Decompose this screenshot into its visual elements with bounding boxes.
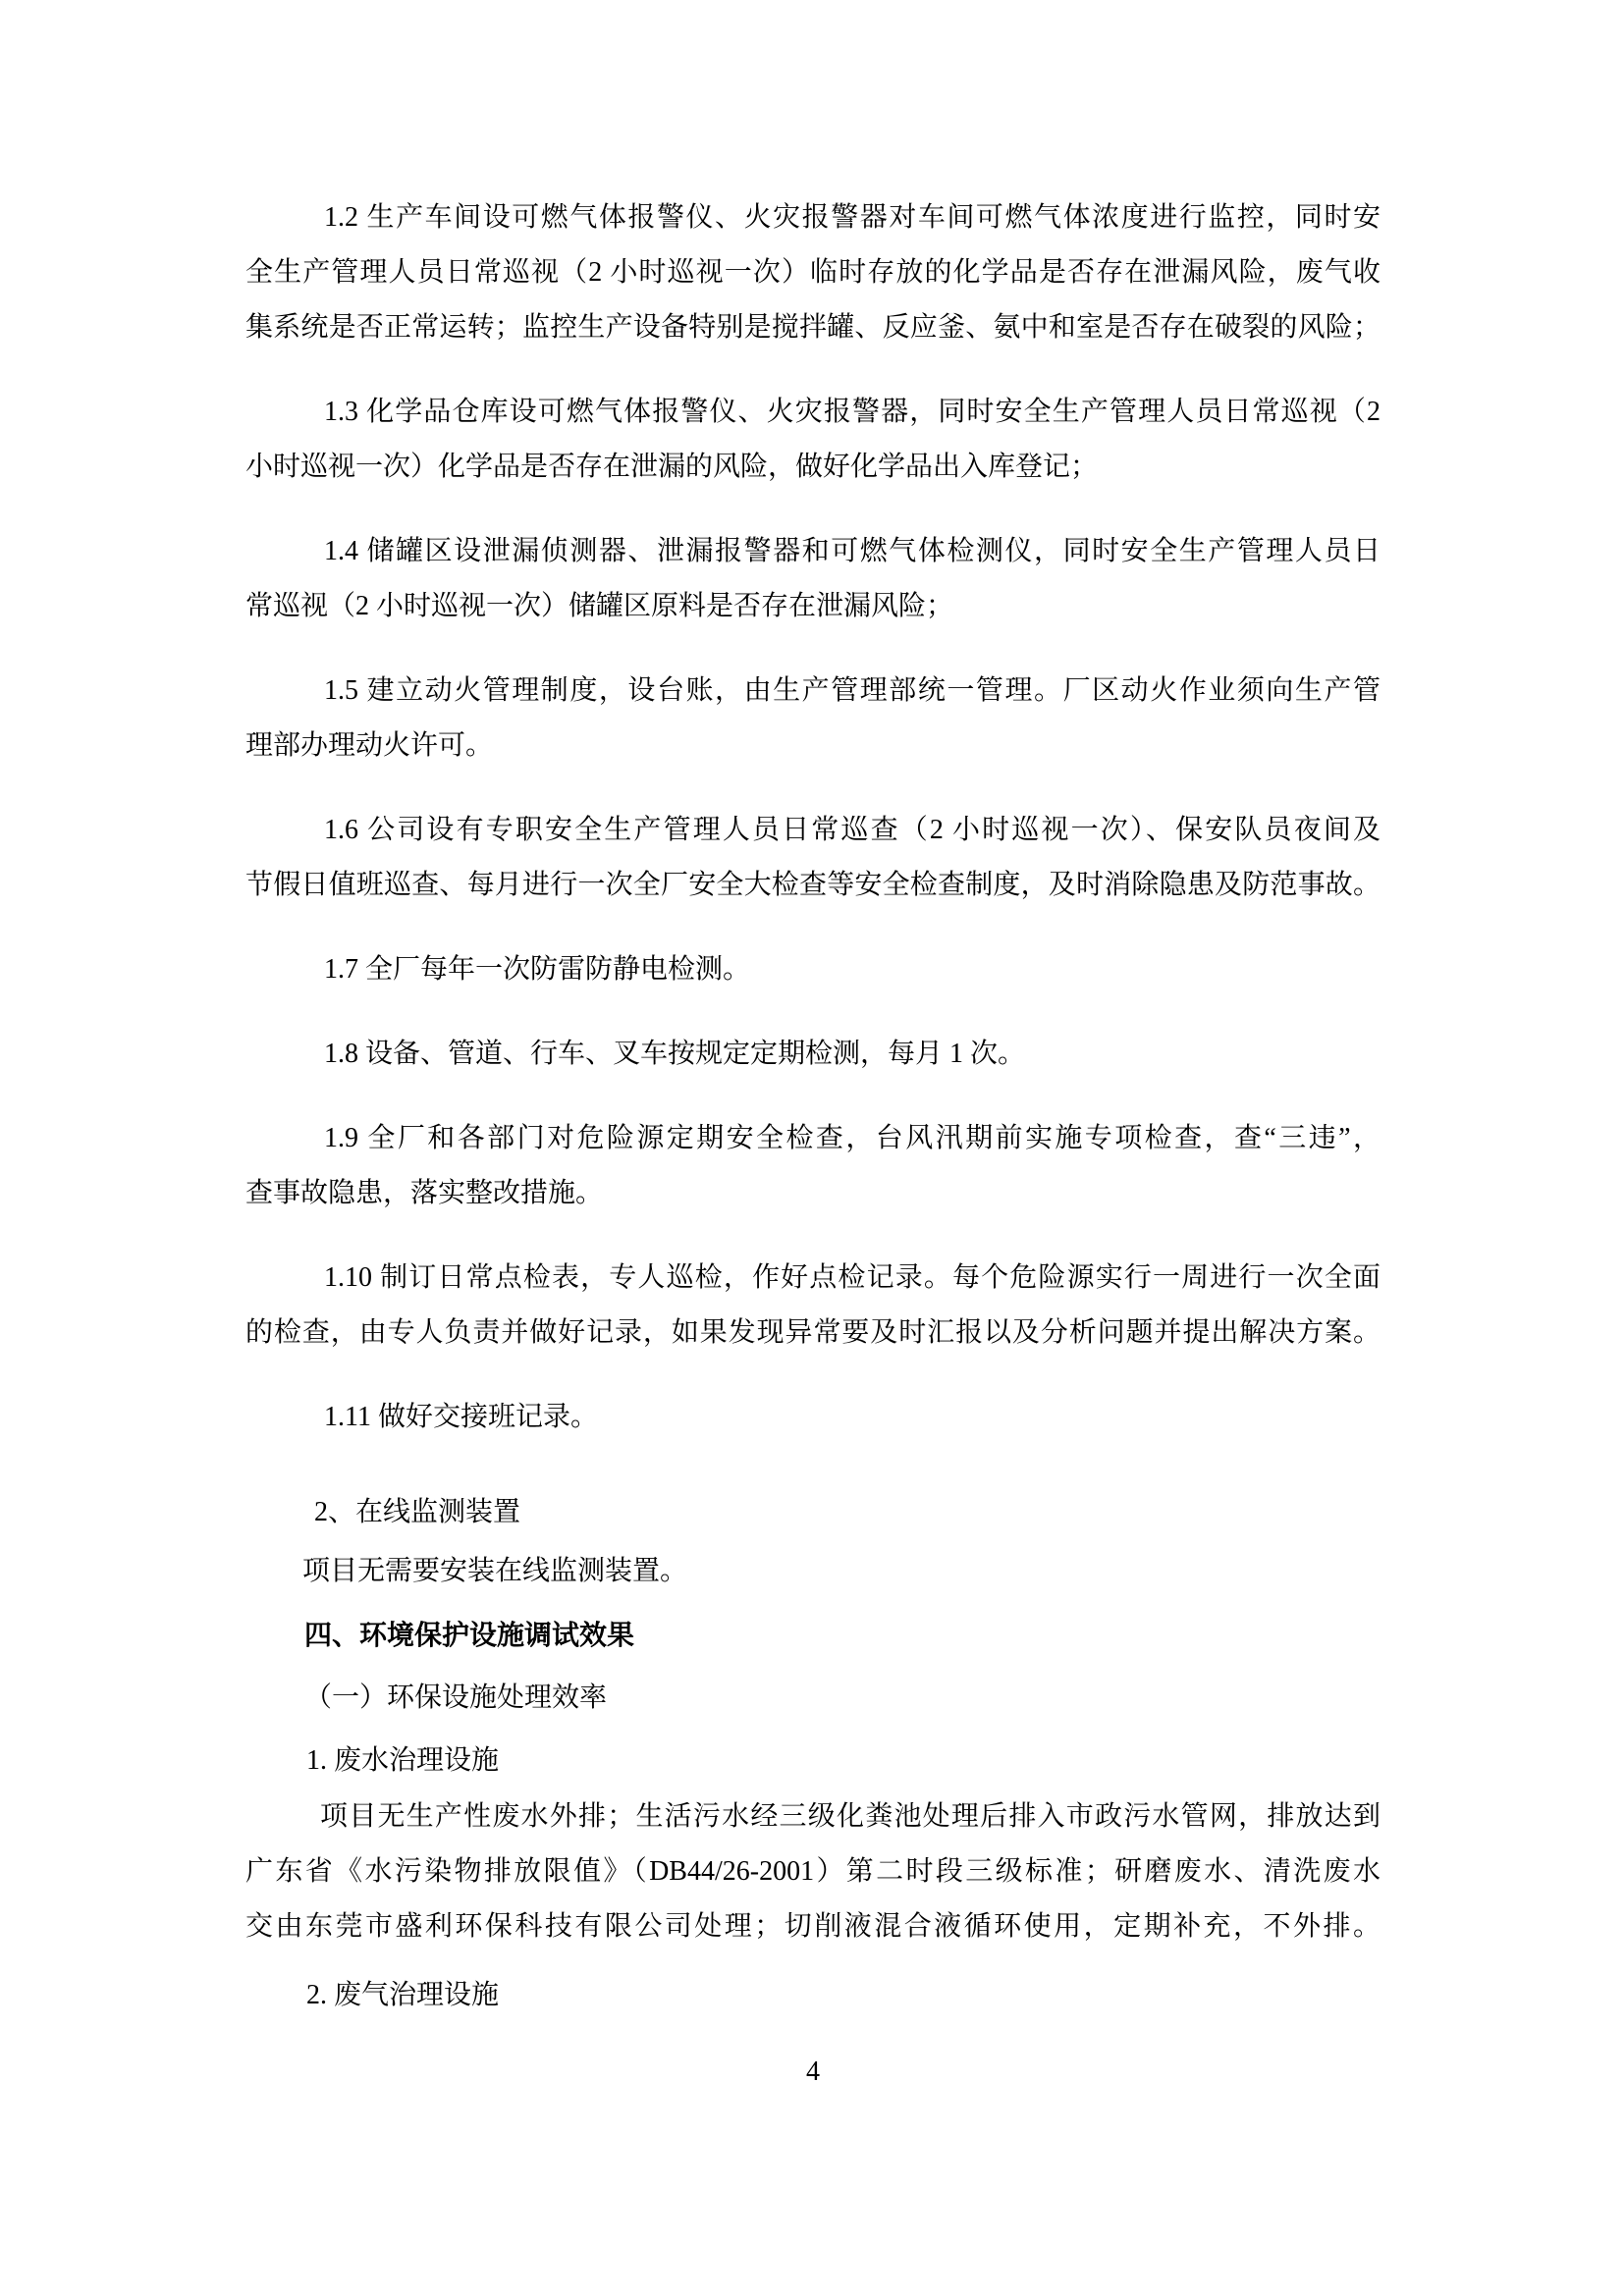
heading-wastewater: 1. 废水治理设施 [245,1734,1380,1789]
para-1-6: 1.6 公司设有专职安全生产管理人员日常巡查（2 小时巡视一次）、保安队员夜间及… [245,803,1380,913]
paragraph-line: 1.8 设备、管道、行车、叉车按规定定期检测，每月 1 次。 [245,1027,1380,1082]
paragraph-line: 项目无生产性废水外排；生活污水经三级化粪池处理后排入市政污水管网，排放达到 [245,1789,1380,1844]
paragraph-line: 1.3 化学品仓库设可燃气体报警仪、火灾报警器，同时安全生产管理人员日常巡视（2 [245,385,1380,440]
para-1-2: 1.2 生产车间设可燃气体报警仪、火灾报警器对车间可燃气体浓度进行监控，同时安 … [245,190,1380,355]
paragraph-line: 1.10 制订日常点检表，专人巡检，作好点检记录。每个危险源实行一周进行一次全面 [245,1251,1380,1306]
paragraph-line: 1.9 全厂和各部门对危险源定期安全检查，台风汛期前实施专项检查，查“三违”， [245,1111,1380,1166]
paragraph-line: 常巡视（2 小时巡视一次）储罐区原料是否存在泄漏风险； [245,579,1380,634]
para-online-monitoring: 项目无需要安装在线监测装置。 [245,1544,1380,1599]
para-wastewater: 项目无生产性废水外排；生活污水经三级化粪池处理后排入市政污水管网，排放达到 广东… [245,1789,1380,1954]
heading-section-4: 四、环境保护设施调试效果 [245,1608,1380,1663]
heading-line: 四、环境保护设施调试效果 [245,1608,1380,1663]
paragraph-line: 查事故隐患，落实整改措施。 [245,1166,1380,1221]
page-number-text: 4 [245,2045,1380,2100]
heading-online-monitoring: 2、在线监测装置 [245,1485,1380,1540]
para-1-4: 1.4 储罐区设泄漏侦测器、泄漏报警器和可燃气体检测仪，同时安全生产管理人员日 … [245,524,1380,634]
heading-line: （一）环保设施处理效率 [245,1671,1380,1726]
para-1-3: 1.3 化学品仓库设可燃气体报警仪、火灾报警器，同时安全生产管理人员日常巡视（2… [245,385,1380,495]
paragraph-line: 1.5 建立动火管理制度，设台账，由生产管理部统一管理。厂区动火作业须向生产管 [245,664,1380,719]
paragraph-line: 项目无需要安装在线监测装置。 [245,1544,1380,1599]
para-1-11: 1.11 做好交接班记录。 [245,1390,1380,1445]
paragraph-line: 交由东莞市盛利环保科技有限公司处理；切削液混合液循环使用，定期补充，不外排。 [245,1899,1380,1954]
paragraph-line: 1.4 储罐区设泄漏侦测器、泄漏报警器和可燃气体检测仪，同时安全生产管理人员日 [245,524,1380,579]
heading-line: 1. 废水治理设施 [245,1734,1380,1789]
paragraph-line: 集系统是否正常运转；监控生产设备特别是搅拌罐、反应釜、氨中和室是否存在破裂的风险… [245,300,1380,355]
document-page: 1.2 生产车间设可燃气体报警仪、火灾报警器对车间可燃气体浓度进行监控，同时安 … [0,0,1624,2296]
heading-line: 2. 废气治理设施 [245,1968,1380,2023]
paragraph-line: 1.7 全厂每年一次防雷防静电检测。 [245,942,1380,997]
para-1-5: 1.5 建立动火管理制度，设台账，由生产管理部统一管理。厂区动火作业须向生产管 … [245,664,1380,774]
para-1-9: 1.9 全厂和各部门对危险源定期安全检查，台风汛期前实施专项检查，查“三违”， … [245,1111,1380,1221]
paragraph-line: 小时巡视一次）化学品是否存在泄漏的风险，做好化学品出入库登记； [245,440,1380,495]
paragraph-line: 全生产管理人员日常巡视（2 小时巡视一次）临时存放的化学品是否存在泄漏风险，废气… [245,245,1380,300]
heading-wastegas: 2. 废气治理设施 [245,1968,1380,2023]
paragraph-line: 节假日值班巡查、每月进行一次全厂安全大检查等安全检查制度，及时消除隐患及防范事故… [245,858,1380,913]
heading-4-1: （一）环保设施处理效率 [245,1671,1380,1726]
para-1-7: 1.7 全厂每年一次防雷防静电检测。 [245,942,1380,997]
paragraph-line: 1.11 做好交接班记录。 [245,1390,1380,1445]
document-content: 1.2 生产车间设可燃气体报警仪、火灾报警器对车间可燃气体浓度进行监控，同时安 … [245,190,1380,2100]
paragraph-line: 的检查，由专人负责并做好记录，如果发现异常要及时汇报以及分析问题并提出解决方案。 [245,1306,1380,1361]
paragraph-line: 1.2 生产车间设可燃气体报警仪、火灾报警器对车间可燃气体浓度进行监控，同时安 [245,190,1380,245]
page-number: 4 [245,2045,1380,2100]
paragraph-line: 广东省《水污染物排放限值》（DB44/26-2001）第二时段三级标准；研磨废水… [245,1844,1380,1899]
para-1-8: 1.8 设备、管道、行车、叉车按规定定期检测，每月 1 次。 [245,1027,1380,1082]
paragraph-line: 1.6 公司设有专职安全生产管理人员日常巡查（2 小时巡视一次）、保安队员夜间及 [245,803,1380,858]
para-1-10: 1.10 制订日常点检表，专人巡检，作好点检记录。每个危险源实行一周进行一次全面… [245,1251,1380,1361]
heading-line: 2、在线监测装置 [245,1485,1380,1540]
paragraph-line: 理部办理动火许可。 [245,719,1380,774]
